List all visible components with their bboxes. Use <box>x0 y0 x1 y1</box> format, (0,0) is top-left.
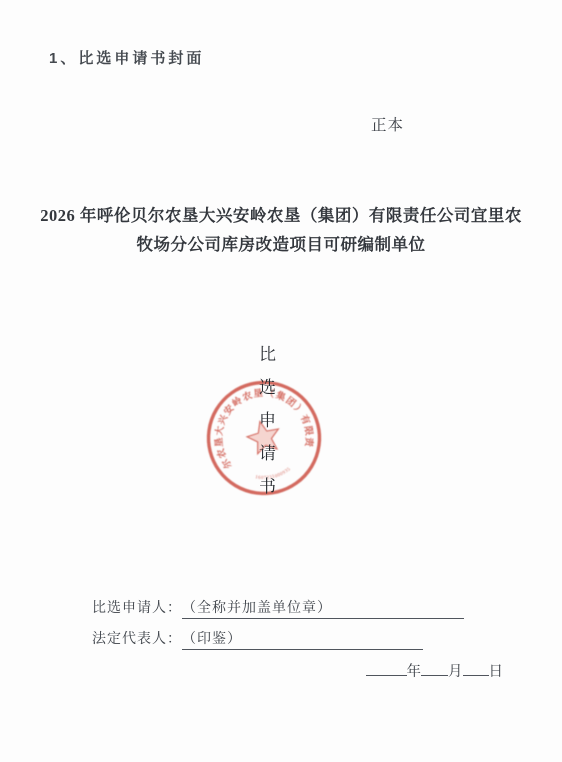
project-title-line-1: 2026 年呼伦贝尔农垦大兴安岭农垦（集团）有限责任公司宜里农 <box>40 201 522 230</box>
vertical-title-char: 申 <box>259 412 276 429</box>
copy-type-label: 正本 <box>371 113 404 135</box>
date-line: 年月日 <box>366 660 504 681</box>
project-title: 2026 年呼伦贝尔农垦大兴安岭农垦（集团）有限责任公司宜里农 牧场分公司库房改… <box>40 201 522 259</box>
day-blank-line <box>463 660 489 676</box>
vertical-title-char: 比 <box>259 346 276 363</box>
representative-field-label: 法定代表人： <box>92 632 182 647</box>
document-page: 1、比选申请书封面 正本 2026 年呼伦贝尔农垦大兴安岭农垦（集团）有限责任公… <box>0 0 562 762</box>
vertical-title-char: 书 <box>259 478 276 495</box>
day-label: 日 <box>489 664 504 680</box>
project-title-line-2: 牧场分公司库房改造项目可研编制单位 <box>40 230 522 259</box>
year-label: 年 <box>407 664 422 680</box>
representative-field-row: 法定代表人：（印鉴） <box>92 628 423 650</box>
applicant-field-label: 比选申请人： <box>92 601 182 616</box>
month-label: 月 <box>448 664 463 680</box>
vertical-document-title: 比 选 申 请 书 <box>259 346 276 495</box>
section-heading: 1、比选申请书封面 <box>49 47 204 68</box>
applicant-field-blank-line: （全称并加盖单位章） <box>182 597 464 619</box>
vertical-title-char: 选 <box>259 379 276 396</box>
month-blank-line <box>421 660 448 676</box>
vertical-title-char: 请 <box>259 445 276 462</box>
applicant-field-row: 比选申请人：（全称并加盖单位章） <box>92 597 464 619</box>
representative-field-blank-line: （印鉴） <box>182 628 423 650</box>
year-blank-line <box>366 660 407 676</box>
